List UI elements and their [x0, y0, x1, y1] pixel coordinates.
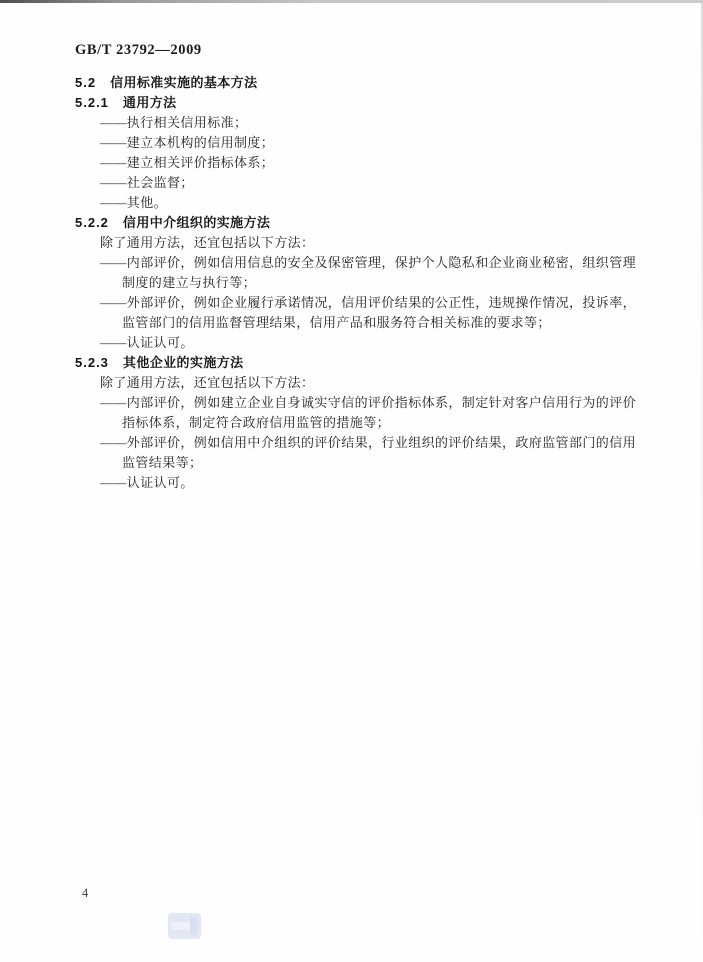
- list-item: ——认证认可。: [75, 333, 641, 353]
- list-item: ——建立本机构的信用制度；: [75, 133, 641, 153]
- clause-title: 其他企业的实施方法: [123, 355, 244, 370]
- clause-number: 5.2.1: [75, 93, 109, 113]
- clause-intro: 除了通用方法，还宜包括以下方法：: [100, 373, 641, 393]
- document-body: 5.2信用标准实施的基本方法 5.2.1通用方法 ——执行相关信用标准； ——建…: [75, 73, 641, 493]
- clause-heading-5-2: 5.2信用标准实施的基本方法: [75, 73, 641, 93]
- list-item: ——外部评价，例如信用中介组织的评价结果，行业组织的评价结果，政府监管部门的信用…: [75, 433, 641, 473]
- clause-number: 5.2.2: [75, 213, 109, 233]
- clause-intro: 除了通用方法，还宜包括以下方法：: [100, 233, 641, 253]
- list-item: ——社会监督；: [75, 173, 641, 193]
- list-item: ——认证认可。: [75, 473, 641, 493]
- list-item: ——内部评价，例如建立企业自身诚实守信的评价指标体系，制定针对客户信用行为的评价…: [75, 393, 641, 433]
- scan-edge-top: [0, 0, 703, 3]
- page-number: 4: [82, 886, 88, 901]
- clause-title: 信用中介组织的实施方法: [123, 215, 270, 230]
- clause-number: 5.2.3: [75, 353, 109, 373]
- clause-heading-5-2-3: 5.2.3其他企业的实施方法: [75, 353, 641, 373]
- clause-title: 信用标准实施的基本方法: [110, 75, 257, 90]
- clause-number: 5.2: [75, 73, 96, 93]
- list-item: ——其他。: [75, 193, 641, 213]
- clause-heading-5-2-1: 5.2.1通用方法: [75, 93, 641, 113]
- standard-code-header: GB/T 23792—2009: [75, 42, 202, 59]
- watermark-logo: [168, 913, 201, 939]
- clause-title: 通用方法: [123, 95, 177, 110]
- watermark-logo-tail: [190, 917, 197, 935]
- list-item: ——执行相关信用标准；: [75, 113, 641, 133]
- list-item: ——建立相关评价指标体系；: [75, 153, 641, 173]
- document-page: GB/T 23792—2009 5.2信用标准实施的基本方法 5.2.1通用方法…: [0, 0, 703, 962]
- list-item: ——内部评价，例如信用信息的安全及保密管理，保护个人隐私和企业商业秘密，组织管理…: [75, 253, 641, 293]
- list-item: ——外部评价，例如企业履行承诺情况，信用评价结果的公正性，违规操作情况，投诉率，…: [75, 293, 641, 333]
- clause-heading-5-2-2: 5.2.2信用中介组织的实施方法: [75, 213, 641, 233]
